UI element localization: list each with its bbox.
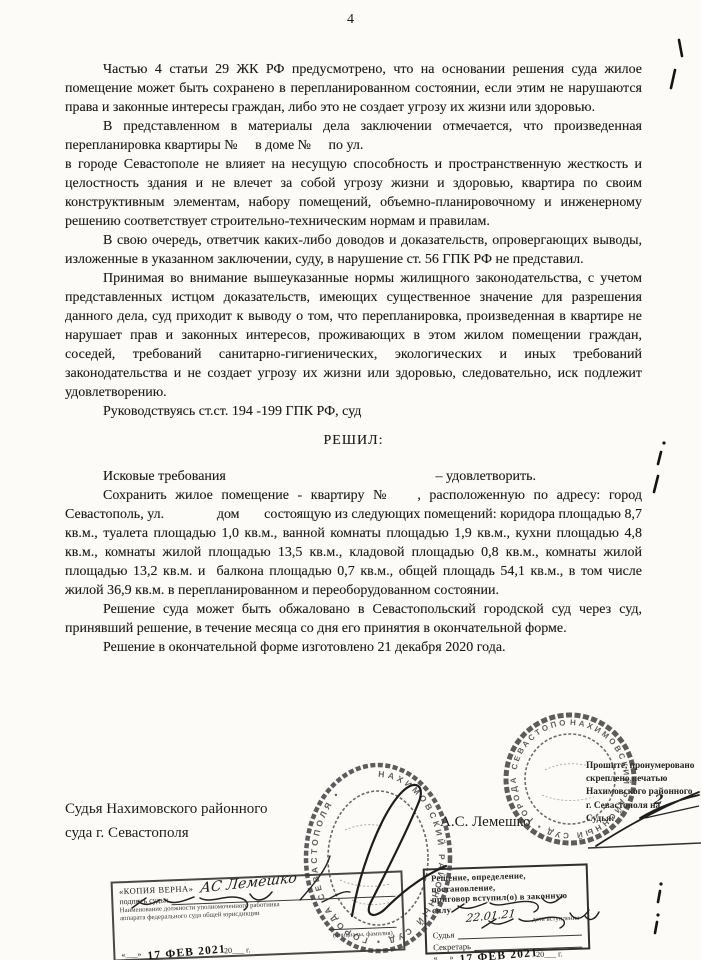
decision-text: Частью 4 статьи 29 ЖК РФ предусмотрено, … <box>65 60 642 657</box>
binding-note-line: Судья: <box>586 813 701 826</box>
force-stamp-date-label: дата вступления <box>532 914 579 926</box>
paragraph-conclusion-ref: В представленном в материалы дела заключ… <box>65 117 642 155</box>
binding-note-line: Нахимовского районного <box>586 786 701 799</box>
paragraph-expertise: в городе Севастополе не влияет на несущу… <box>65 155 642 231</box>
judge-title-block: Судья Нахимовского районного суда г. Сев… <box>65 797 268 845</box>
paragraph-final-date: Решение в окончательной форме изготовлен… <box>65 638 642 657</box>
resolution-heading: РЕШИЛ: <box>65 431 642 450</box>
handwritten-sheet-count: 2 <box>653 793 664 807</box>
handwritten-entry-date: 22.01.21 <box>465 909 516 924</box>
judge-title-line1: Судья Нахимовского районного <box>65 797 268 821</box>
claims-line: Исковые требования – удовлетворить. <box>65 467 642 486</box>
binding-note: Прошите, пронумеровано скреплено печатью… <box>586 760 701 826</box>
paragraph-defendant: В свою очередь, ответчик каких-либо дово… <box>65 231 642 269</box>
court-decision-page: 4 Частью 4 статьи 29 ЖК РФ предусмотрено… <box>0 0 701 960</box>
judge-name: А.С. Лемешко <box>440 814 531 831</box>
paragraph-court-finding: Принимая во внимание вышеуказанные нормы… <box>65 269 642 402</box>
legal-force-stamp: Решение, определение, постановление, при… <box>423 863 591 954</box>
claims-left-text: Исковые требования <box>103 467 226 486</box>
binding-note-bottom-rule <box>588 843 701 848</box>
copy-verified-stamp: «КОПИЯ ВЕРНА» подпись судьи АС Лемешко Н… <box>111 870 406 960</box>
binding-note-line: Прошите, пронумеровано <box>586 760 701 773</box>
paragraph-operative: Сохранить жилое помещение - квартиру № ,… <box>65 486 642 600</box>
page-number: 4 <box>0 12 701 28</box>
paragraph-law-basis: Частью 4 статьи 29 ЖК РФ предусмотрено, … <box>65 60 642 117</box>
binding-note-line: скреплено печатью <box>586 773 701 786</box>
binding-note-line: г. Севастополя на 2 <box>586 800 701 813</box>
judge-title-line2: суда г. Севастополя <box>65 821 268 845</box>
paragraph-guided-by: Руководствуясь ст.ст. 194 -199 ГПК РФ, с… <box>65 402 642 421</box>
paragraph-appeal: Решение суда может быть обжаловано в Сев… <box>65 600 642 638</box>
claims-right-text: – удовлетворить. <box>436 467 537 486</box>
